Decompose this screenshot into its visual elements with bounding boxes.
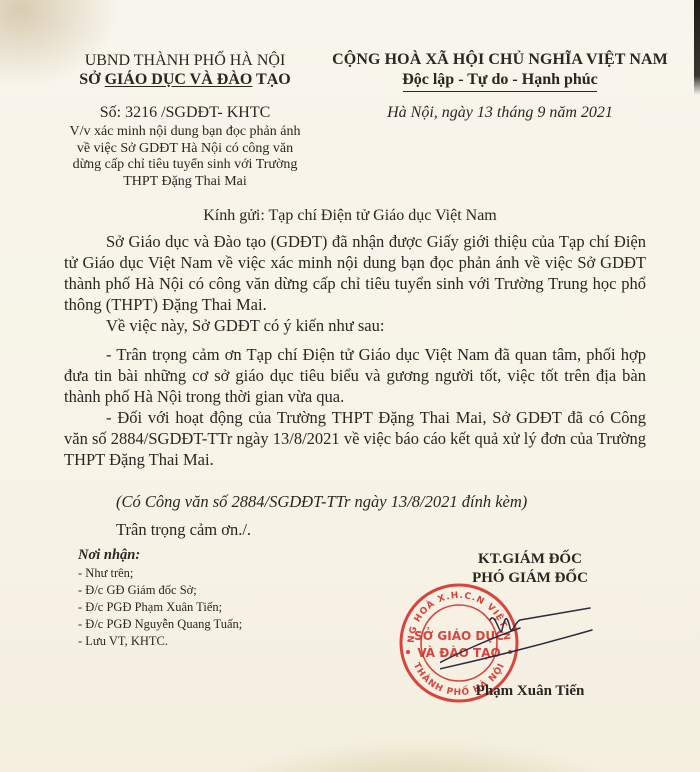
subject-line: dừng cấp chỉ tiêu tuyển sinh với Trường — [50, 157, 320, 174]
recipient-item: - Đ/c PGĐ Nguyễn Quang Tuấn; — [78, 616, 242, 633]
department-underlined: GIÁO DỤC VÀ ĐÀO — [105, 71, 253, 88]
issuing-department: SỞ GIÁO DỤC VÀ ĐÀO TẠO — [60, 71, 310, 89]
place-and-date: Hà Nội, ngày 13 tháng 9 năm 2021 — [300, 104, 700, 122]
subject-line: V/v xác minh nội dung bạn đọc phản ánh — [50, 124, 320, 141]
issuing-authority: UBND THÀNH PHỐ HÀ NỘI — [60, 52, 310, 70]
salutation: Kính gửi: Tạp chí Điện tử Giáo dục Việt … — [0, 207, 700, 225]
recipient-item: - Lưu VT, KHTC. — [78, 633, 242, 650]
national-motto: Độc lập - Tự do - Hạnh phúc — [300, 71, 700, 89]
motto-underline — [403, 91, 597, 92]
recipients-title: Nơi nhận: — [78, 547, 140, 564]
body-paragraph: - Trân trọng cảm ơn Tạp chí Điện tử Giáo… — [64, 344, 646, 407]
attachment-note: (Có Công văn số 2884/SGDĐT-TTr ngày 13/8… — [116, 491, 676, 512]
department-suffix: TẠO — [252, 71, 290, 88]
body-paragraph: Sở Giáo dục và Đào tạo (GDĐT) đã nhận đư… — [64, 231, 646, 315]
recipients-list: - Như trên; - Đ/c GĐ Giám đốc Sở; - Đ/c … — [78, 565, 242, 650]
body-paragraph: Về việc này, Sở GDĐT có ý kiến như sau: — [64, 315, 646, 336]
department-prefix: SỞ — [79, 71, 104, 88]
subject-line: về việc Sở GDĐT Hà Nội có công văn — [50, 141, 320, 158]
signer-name: Phạm Xuân Tiến — [440, 683, 620, 700]
subject-line: THPT Đặng Thai Mai — [50, 174, 320, 191]
closing-line: Trân trọng cảm ơn./. — [116, 519, 416, 540]
handwritten-signature-icon — [440, 600, 640, 680]
recipient-item: - Đ/c GĐ Giám đốc Sở; — [78, 582, 242, 599]
signature-on-behalf: KT.GIÁM ĐỐC — [440, 551, 620, 568]
national-title: CỘNG HOÀ XÃ HỘI CHỦ NGHĨA VIỆT NAM — [300, 51, 700, 69]
body-paragraph: - Đối với hoạt động của Trường THPT Đặng… — [64, 407, 646, 470]
document-subject: V/v xác minh nội dung bạn đọc phản ánh v… — [50, 124, 320, 190]
recipient-item: - Đ/c PGĐ Phạm Xuân Tiến; — [78, 599, 242, 616]
document-number: Số: 3216 /SGDĐT- KHTC — [60, 104, 310, 122]
recipient-item: - Như trên; — [78, 565, 242, 582]
